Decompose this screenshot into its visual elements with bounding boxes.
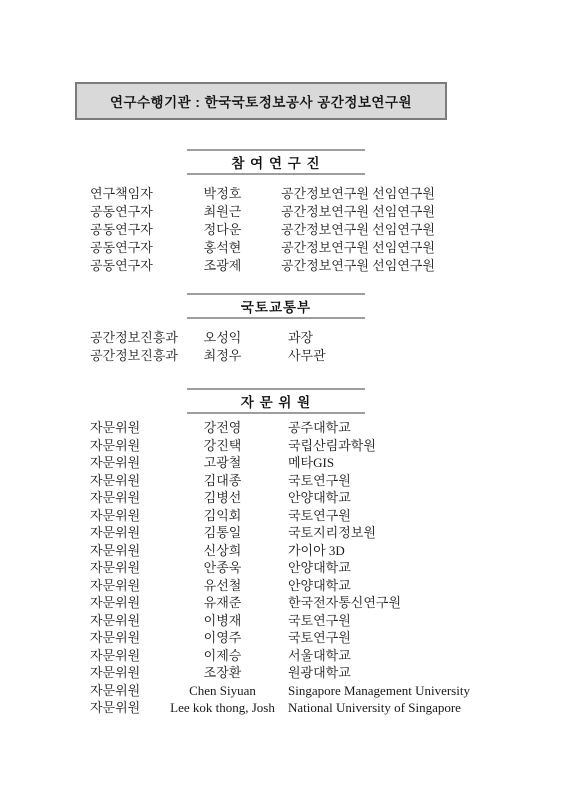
row-name: 강전영 — [150, 419, 295, 437]
table-row: 자문위원 Chen Siyuan Singapore Management Un… — [0, 682, 566, 700]
row-role: 자문위원 — [90, 419, 140, 437]
row-name: Chen Siyuan — [150, 682, 295, 700]
row-name: 안종욱 — [150, 559, 295, 577]
row-affiliation: 공간정보연구원 선임연구원 — [281, 203, 435, 221]
row-affiliation: 국토연구원 — [288, 629, 351, 647]
row-affiliation: 공간정보연구원 선임연구원 — [281, 221, 435, 239]
row-role: 자문위원 — [90, 559, 140, 577]
row-affiliation: 공간정보연구원 선임연구원 — [281, 239, 435, 257]
section-title-text: 국토교통부 — [241, 296, 311, 316]
row-role: 자문위원 — [90, 629, 140, 647]
table-row: 공동연구자 조광제 공간정보연구원 선임연구원 — [0, 257, 566, 275]
row-affiliation: 안양대학교 — [288, 559, 351, 577]
row-role: 자문위원 — [90, 524, 140, 542]
row-role: 자문위원 — [90, 507, 140, 525]
table-row: 연구책임자 박정호 공간정보연구원 선임연구원 — [0, 185, 566, 203]
table-row: 공동연구자 최원근 공간정보연구원 선임연구원 — [0, 203, 566, 221]
row-role: 자문위원 — [90, 699, 140, 717]
row-affiliation: 국토지리정보원 — [288, 524, 376, 542]
row-affiliation: 국토연구원 — [288, 612, 351, 630]
table-row: 공동연구자 정다운 공간정보연구원 선임연구원 — [0, 221, 566, 239]
table-row: 공간정보진흥과 오성익 과장 — [0, 329, 566, 347]
table-row: 자문위원 Lee kok thong, Josh National Univer… — [0, 699, 566, 717]
section-title-participants: 참 여 연 구 진 — [187, 149, 365, 175]
participants-rows: 연구책임자 박정호 공간정보연구원 선임연구원 공동연구자 최원근 공간정보연구… — [0, 185, 566, 275]
table-row: 자문위원 조장환 원광대학교 — [0, 664, 566, 682]
row-role: 자문위원 — [90, 577, 140, 595]
row-role: 공동연구자 — [90, 257, 153, 275]
row-affiliation: 원광대학교 — [288, 664, 351, 682]
row-name: 오성익 — [150, 329, 295, 347]
section-title-text: 자 문 위 원 — [241, 391, 311, 411]
table-row: 자문위원 이영주 국토연구원 — [0, 629, 566, 647]
row-role: 자문위원 — [90, 594, 140, 612]
table-row: 자문위원 김대종 국토연구원 — [0, 472, 566, 490]
row-name: 이제승 — [150, 647, 295, 665]
row-affiliation: 공주대학교 — [288, 419, 351, 437]
row-name: 박정호 — [150, 185, 295, 203]
advisor-rows: 자문위원 강전영 공주대학교 자문위원 강진택 국립산림과학원 자문위원 고광철… — [0, 419, 566, 717]
row-name: 고광철 — [150, 454, 295, 472]
row-affiliation: 메타GIS — [288, 454, 334, 472]
row-affiliation: 안양대학교 — [288, 577, 351, 595]
row-role: 자문위원 — [90, 437, 140, 455]
table-row: 자문위원 이제승 서울대학교 — [0, 647, 566, 665]
table-row: 자문위원 김통일 국토지리정보원 — [0, 524, 566, 542]
document-page: 연구수행기관 : 한국국토정보공사 공간정보연구원 참 여 연 구 진 연구책임… — [0, 0, 566, 800]
row-affiliation: National University of Singapore — [288, 699, 461, 717]
row-affiliation: 공간정보연구원 선임연구원 — [281, 257, 435, 275]
row-name: 최원근 — [150, 203, 295, 221]
row-role: 자문위원 — [90, 542, 140, 560]
ministry-rows: 공간정보진흥과 오성익 과장 공간정보진흥과 최정우 사무관 — [0, 329, 566, 365]
row-name: 김통일 — [150, 524, 295, 542]
row-role: 자문위원 — [90, 454, 140, 472]
row-affiliation: 공간정보연구원 선임연구원 — [281, 185, 435, 203]
row-name: Lee kok thong, Josh — [150, 699, 295, 717]
research-agency-box: 연구수행기관 : 한국국토정보공사 공간정보연구원 — [75, 82, 447, 120]
row-name: 강진택 — [150, 437, 295, 455]
row-name: 유선철 — [150, 577, 295, 595]
row-role: 자문위원 — [90, 612, 140, 630]
row-name: 김병선 — [150, 489, 295, 507]
table-row: 자문위원 고광철 메타GIS — [0, 454, 566, 472]
section-title-ministry: 국토교통부 — [187, 293, 365, 319]
table-row: 자문위원 강진택 국립산림과학원 — [0, 437, 566, 455]
table-row: 자문위원 강전영 공주대학교 — [0, 419, 566, 437]
row-role: 공동연구자 — [90, 239, 153, 257]
row-name: 김익회 — [150, 507, 295, 525]
table-row: 자문위원 신상희 가이아 3D — [0, 542, 566, 560]
row-affiliation: 국토연구원 — [288, 472, 351, 490]
table-row: 자문위원 유재준 한국전자통신연구원 — [0, 594, 566, 612]
row-name: 신상희 — [150, 542, 295, 560]
row-affiliation: 가이아 3D — [288, 542, 345, 560]
row-affiliation: 과장 — [288, 329, 313, 347]
row-name: 김대종 — [150, 472, 295, 490]
row-name: 이영주 — [150, 629, 295, 647]
row-role: 자문위원 — [90, 682, 140, 700]
section-title-text: 참 여 연 구 진 — [231, 152, 320, 172]
row-role: 연구책임자 — [90, 185, 153, 203]
row-affiliation: 사무관 — [288, 347, 326, 365]
row-name: 정다운 — [150, 221, 295, 239]
table-row: 자문위원 안종욱 안양대학교 — [0, 559, 566, 577]
row-affiliation: 국립산림과학원 — [288, 437, 376, 455]
row-affiliation: 안양대학교 — [288, 489, 351, 507]
row-role: 공동연구자 — [90, 203, 153, 221]
row-name: 조광제 — [150, 257, 295, 275]
row-role: 자문위원 — [90, 489, 140, 507]
row-name: 유재준 — [150, 594, 295, 612]
row-affiliation: 국토연구원 — [288, 507, 351, 525]
row-role: 자문위원 — [90, 664, 140, 682]
row-name: 최정우 — [150, 347, 295, 365]
row-name: 이병재 — [150, 612, 295, 630]
section-title-advisors: 자 문 위 원 — [187, 388, 365, 414]
row-name: 홍석현 — [150, 239, 295, 257]
row-affiliation: 서울대학교 — [288, 647, 351, 665]
table-row: 공동연구자 홍석현 공간정보연구원 선임연구원 — [0, 239, 566, 257]
row-affiliation: Singapore Management University — [288, 682, 470, 700]
table-row: 자문위원 김병선 안양대학교 — [0, 489, 566, 507]
row-affiliation: 한국전자통신연구원 — [288, 594, 401, 612]
table-row: 자문위원 유선철 안양대학교 — [0, 577, 566, 595]
row-role: 자문위원 — [90, 472, 140, 490]
row-name: 조장환 — [150, 664, 295, 682]
table-row: 자문위원 이병재 국토연구원 — [0, 612, 566, 630]
research-agency-text: 연구수행기관 : 한국국토정보공사 공간정보연구원 — [110, 91, 412, 111]
row-role: 공동연구자 — [90, 221, 153, 239]
table-row: 자문위원 김익회 국토연구원 — [0, 507, 566, 525]
row-role: 자문위원 — [90, 647, 140, 665]
table-row: 공간정보진흥과 최정우 사무관 — [0, 347, 566, 365]
